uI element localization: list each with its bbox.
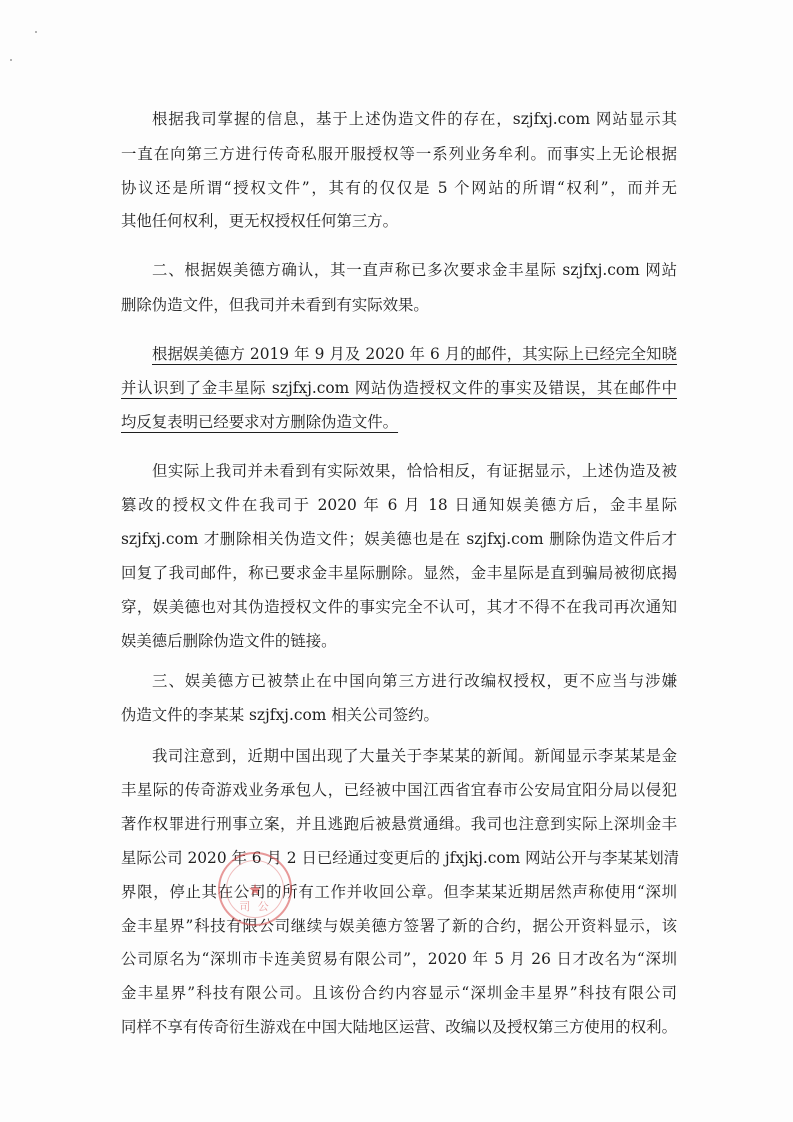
underlined-line: 均反复表明已经要求对方删除伪造文件。 — [121, 409, 677, 435]
paragraph-line: 娱美德后删除伪造文件的链接。 — [121, 628, 677, 654]
paragraph-line: 一直在向第三方进行传奇私服开服授权等一系列业务牟利。而事实上无论根据 — [121, 141, 677, 167]
paragraph-line: 同样不享有传奇衍生游戏在中国大陆地区运营、改编以及授权第三方使用的权利。 — [121, 1014, 677, 1040]
underlined-text: 并认识到了金丰星际 szjfxj.com 网站伪造授权文件的事实及错误，其在邮件… — [121, 379, 677, 397]
paragraph-line: 公司原名为“深圳市卡连美贸易有限公司”，2020 年 5 月 26 日才改名为“… — [121, 946, 677, 972]
paragraph-line: 协议还是所谓“授权文件”，其有的仅仅是 5 个网站的所谓“权利”，而并无 — [121, 175, 677, 201]
underlined-text: 根据娱美德方 2019 年 9 月及 2020 年 6 月的邮件，其实际上已经完… — [152, 345, 677, 363]
paragraph-line: 根据我司掌握的信息，基于上述伪造文件的存在，szjfxj.com 网站显示其 — [152, 106, 677, 132]
paragraph-line: szjfxj.com 才删除相关伪造文件；娱美德也是在 szjfxj.com 删… — [121, 526, 677, 552]
paragraph-line: 著作权罪进行刑事立案，并且逃跑后被悬赏通缉。我司也注意到实际上深圳金丰 — [121, 811, 677, 837]
paragraph-line: 篡改的授权文件在我司于 2020 年 6 月 18 日通知娱美德方后，金丰星际 — [121, 492, 677, 518]
paragraph-line: 我司注意到，近期中国出现了大量关于李某某的新闻。新闻显示李某某是金 — [152, 743, 677, 769]
paragraph-line: 金丰星界”科技有限公司。且该份合约内容显示“深圳金丰星界”科技有限公司 — [121, 980, 677, 1006]
paragraph-line: 删除伪造文件，但我司并未看到有实际效果。 — [121, 292, 677, 318]
paragraph-line: 金丰星界”科技有限公司继续与娱美德方签署了新的合约，据公开资料显示，该 — [121, 913, 677, 939]
paragraph-line: 星际公司 2020 年 6 月 2 日已经通过变更后的 jfxjkj.com 网… — [121, 845, 677, 871]
paragraph-line: 界限，停止其在公司的所有工作并收回公章。但李某某近期居然声称使用“深圳 — [121, 879, 677, 905]
paragraph-line: 穿，娱美德也对其伪造授权文件的事实完全不认可，其才不得不在我司再次通知 — [121, 594, 677, 620]
underlined-text: 均反复表明已经要求对方删除伪造文件。 — [121, 413, 398, 431]
paragraph-line: 二、根据娱美德方确认，其一直声称已多次要求金丰星际 szjfxj.com 网站 — [152, 257, 677, 283]
paragraph-line: 丰星际的传奇游戏业务承包人，已经被中国江西省宜春市公安局宜阳分局以侵犯 — [121, 777, 677, 803]
underlined-line: 并认识到了金丰星际 szjfxj.com 网站伪造授权文件的事实及错误，其在邮件… — [121, 375, 677, 401]
paragraph-line: 伪造文件的李某某 szjfxj.com 相关公司签约。 — [121, 702, 677, 728]
paragraph-line: 回复了我司邮件，称已要求金丰星际删除。显然，金丰星际是直到骗局被彻底揭 — [121, 560, 677, 586]
paragraph-line: 三、娱美德方已被禁止在中国向第三方进行改编权授权，更不应当与涉嫌 — [152, 668, 677, 694]
paragraph-line: 但实际上我司并未看到有实际效果，恰恰相反，有证据显示，上述伪造及被 — [152, 458, 677, 484]
paragraph-line: 其他任何权利，更无权授权任何第三方。 — [121, 208, 677, 234]
underlined-line: 根据娱美德方 2019 年 9 月及 2020 年 6 月的邮件，其实际上已经完… — [152, 341, 677, 367]
scan-speck — [35, 31, 37, 33]
scan-speck — [10, 59, 12, 61]
document-page: 根据我司掌握的信息，基于上述伪造文件的存在，szjfxj.com 网站显示其 一… — [0, 0, 793, 1122]
